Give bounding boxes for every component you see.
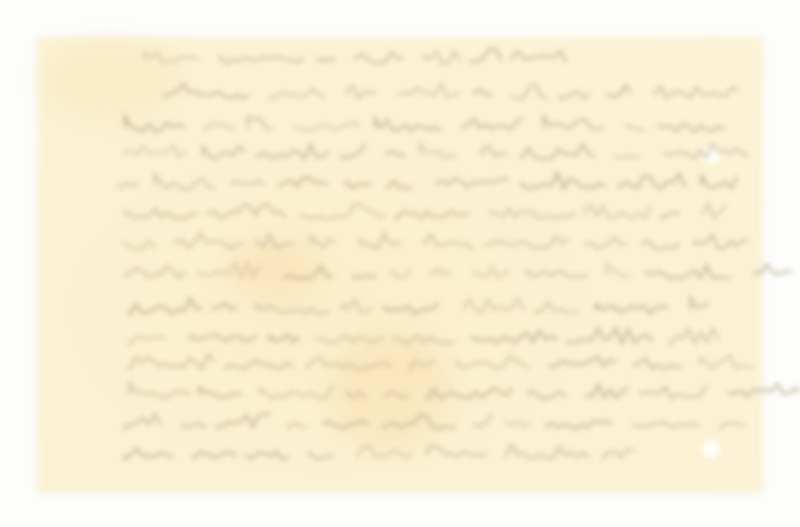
handwriting bbox=[0, 0, 800, 527]
handwritten-word bbox=[388, 181, 412, 188]
handwritten-word bbox=[606, 264, 630, 277]
handwritten-word bbox=[394, 336, 454, 343]
handwritten-word bbox=[246, 452, 288, 459]
handwritten-word bbox=[641, 384, 707, 398]
handwritten-word bbox=[729, 384, 800, 397]
handwritten-word bbox=[456, 356, 528, 369]
handwritten-word bbox=[307, 357, 391, 369]
handwritten-word bbox=[690, 298, 708, 310]
handwritten-word bbox=[634, 359, 682, 369]
handwritten-word bbox=[294, 122, 360, 130]
handwritten-word bbox=[257, 145, 329, 159]
handwritten-word bbox=[213, 303, 237, 310]
handwritten-word bbox=[125, 209, 197, 219]
handwritten-word bbox=[427, 445, 487, 456]
handwritten-word bbox=[145, 52, 199, 63]
handwritten-word bbox=[279, 178, 327, 186]
handwritten-word bbox=[474, 414, 492, 427]
handwritten-word bbox=[474, 90, 492, 95]
handwritten-word bbox=[596, 304, 668, 313]
handwritten-word bbox=[654, 87, 738, 99]
handwritten-word bbox=[529, 391, 565, 398]
handwritten-word bbox=[384, 414, 456, 429]
handwritten-word bbox=[393, 269, 411, 278]
handwritten-word bbox=[483, 146, 507, 155]
handwritten-word bbox=[208, 204, 286, 218]
handwritten-word bbox=[512, 85, 548, 99]
handwritten-word bbox=[343, 299, 373, 312]
handwritten-word bbox=[560, 92, 590, 99]
handwritten-word bbox=[358, 446, 412, 458]
handwritten-word bbox=[633, 422, 699, 428]
handwritten-word bbox=[659, 124, 725, 132]
handwritten-word bbox=[385, 392, 409, 397]
handwritten-word bbox=[662, 213, 680, 219]
handwritten-word bbox=[585, 237, 627, 249]
handwritten-word bbox=[353, 275, 377, 278]
handwritten-word bbox=[317, 336, 383, 343]
handwritten-word bbox=[619, 174, 685, 188]
handwritten-word bbox=[258, 235, 294, 248]
handwritten-word bbox=[473, 331, 557, 343]
handwritten-word bbox=[471, 49, 501, 62]
handwritten-word bbox=[410, 361, 434, 368]
handwritten-word bbox=[512, 51, 566, 62]
handwritten-word bbox=[424, 52, 460, 64]
handwritten-word bbox=[176, 233, 242, 248]
handwritten-word bbox=[130, 336, 166, 344]
handwritten-word bbox=[191, 335, 257, 342]
handwritten-word bbox=[125, 266, 185, 278]
handwritten-word bbox=[155, 174, 215, 189]
handwritten-word bbox=[755, 265, 791, 275]
handwritten-word bbox=[585, 205, 651, 218]
handwritten-word bbox=[311, 237, 335, 248]
handwritten-word bbox=[271, 89, 325, 99]
handwritten-word bbox=[318, 59, 336, 62]
handwritten-word bbox=[234, 181, 264, 185]
handwritten-word bbox=[647, 265, 731, 278]
handwritten-word bbox=[199, 264, 259, 278]
handwritten-word bbox=[671, 329, 719, 344]
handwritten-word bbox=[536, 302, 578, 312]
handwritten-word bbox=[385, 304, 439, 314]
handwritten-word bbox=[285, 266, 333, 278]
handwritten-word bbox=[360, 234, 402, 249]
handwritten-word bbox=[288, 423, 306, 428]
handwritten-word bbox=[399, 83, 459, 97]
handwritten-word bbox=[347, 182, 371, 188]
handwritten-word bbox=[644, 242, 680, 249]
handwritten-word bbox=[664, 144, 748, 158]
handwritten-word bbox=[130, 383, 190, 398]
handwritten-word bbox=[507, 421, 531, 426]
handwritten-word bbox=[428, 388, 512, 398]
handwritten-word bbox=[182, 423, 206, 428]
handwritten-word bbox=[464, 299, 524, 313]
handwritten-word bbox=[194, 452, 236, 458]
handwritten-word bbox=[248, 117, 272, 130]
handwritten-word bbox=[700, 355, 754, 368]
handwritten-word bbox=[702, 204, 726, 218]
handwritten-word bbox=[505, 445, 589, 458]
handwritten-word bbox=[130, 299, 202, 314]
handwritten-word bbox=[462, 117, 522, 129]
handwritten-word bbox=[203, 147, 245, 159]
handwritten-word bbox=[607, 86, 631, 97]
handwritten-word bbox=[125, 146, 185, 157]
handwritten-word bbox=[586, 385, 628, 397]
handwritten-word bbox=[200, 388, 242, 398]
handwritten-word bbox=[387, 152, 405, 155]
handwritten-word bbox=[260, 386, 332, 399]
handwritten-word bbox=[474, 267, 510, 278]
handwritten-word bbox=[425, 235, 473, 249]
handwritten-word bbox=[355, 52, 403, 63]
handwritten-word bbox=[269, 335, 299, 342]
handwritten-word bbox=[125, 117, 185, 132]
handwritten-word bbox=[522, 173, 606, 188]
handwritten-word bbox=[125, 414, 161, 428]
handwritten-word bbox=[220, 57, 304, 64]
handwritten-word bbox=[342, 144, 366, 157]
handwritten-word bbox=[491, 209, 575, 219]
handwritten-word bbox=[543, 116, 603, 129]
handwritten-word bbox=[125, 449, 173, 459]
handwritten-word bbox=[568, 328, 652, 343]
handwritten-word bbox=[227, 360, 293, 368]
handwritten-word bbox=[375, 119, 441, 131]
handwritten-word bbox=[484, 236, 568, 248]
handwritten-word bbox=[347, 86, 377, 99]
handwritten-word bbox=[701, 175, 737, 189]
handwritten-word bbox=[347, 392, 365, 399]
handwritten-word bbox=[627, 125, 645, 132]
handwritten-word bbox=[546, 421, 612, 428]
handwritten-word bbox=[721, 422, 745, 427]
handwritten-word bbox=[301, 204, 385, 219]
handwritten-word bbox=[257, 305, 329, 313]
handwritten-word bbox=[217, 414, 271, 428]
handwritten-word bbox=[694, 235, 748, 249]
handwritten-word bbox=[522, 144, 594, 158]
handwritten-word bbox=[120, 183, 138, 187]
handwritten-word bbox=[130, 354, 214, 369]
handwritten-word bbox=[397, 211, 469, 218]
handwritten-word bbox=[310, 452, 334, 459]
handwritten-word bbox=[550, 357, 616, 367]
handwritten-word bbox=[527, 271, 587, 277]
handwritten-word bbox=[437, 178, 509, 187]
handwritten-word bbox=[326, 421, 368, 428]
handwritten-word bbox=[616, 155, 640, 158]
handwritten-word bbox=[205, 124, 235, 129]
handwritten-word bbox=[432, 269, 450, 275]
handwritten-word bbox=[604, 449, 634, 458]
handwritten-word bbox=[125, 241, 155, 249]
handwritten-word bbox=[165, 84, 249, 99]
handwritten-word bbox=[420, 144, 456, 159]
